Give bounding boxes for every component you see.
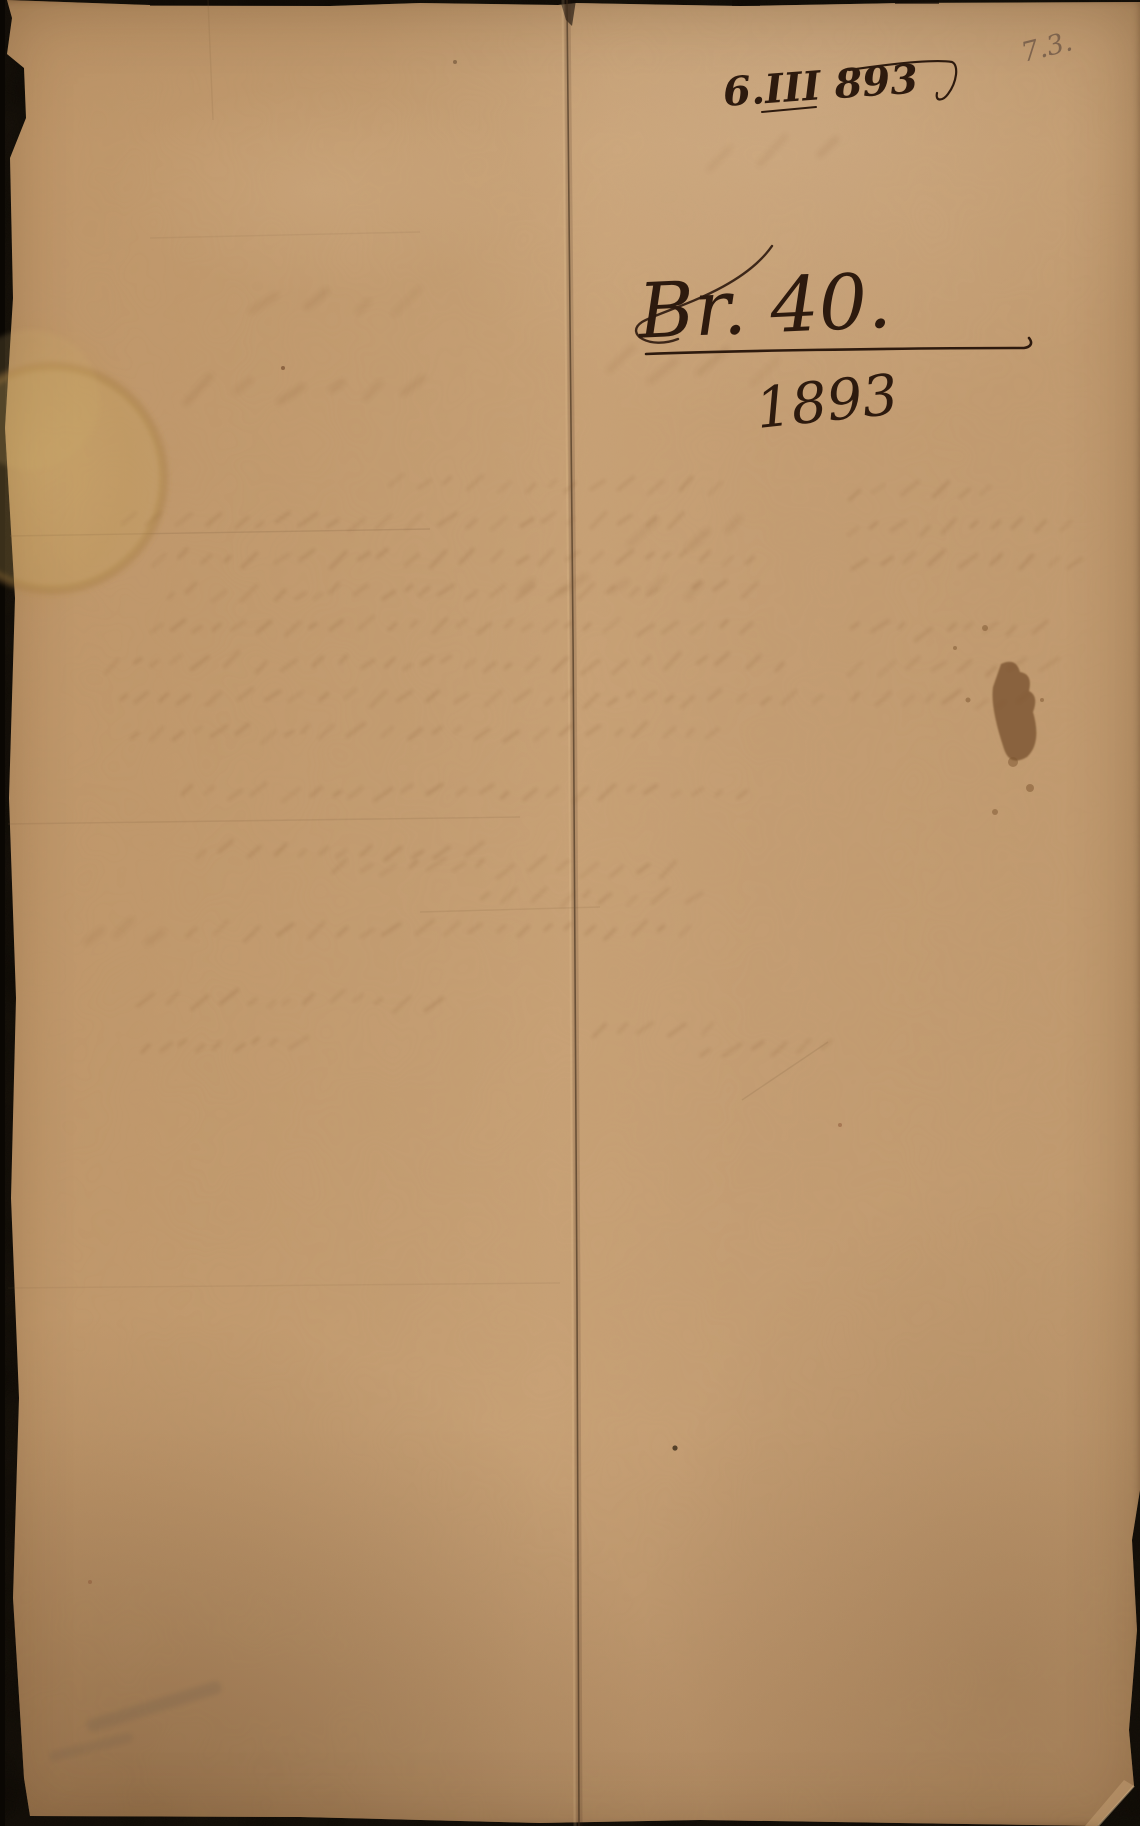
- document-overlay: 6.III 893 7.3. Br. 40. 1893: [0, 0, 1140, 1826]
- scanner-background: 6.III 893 7.3. Br. 40. 1893: [0, 0, 1140, 1826]
